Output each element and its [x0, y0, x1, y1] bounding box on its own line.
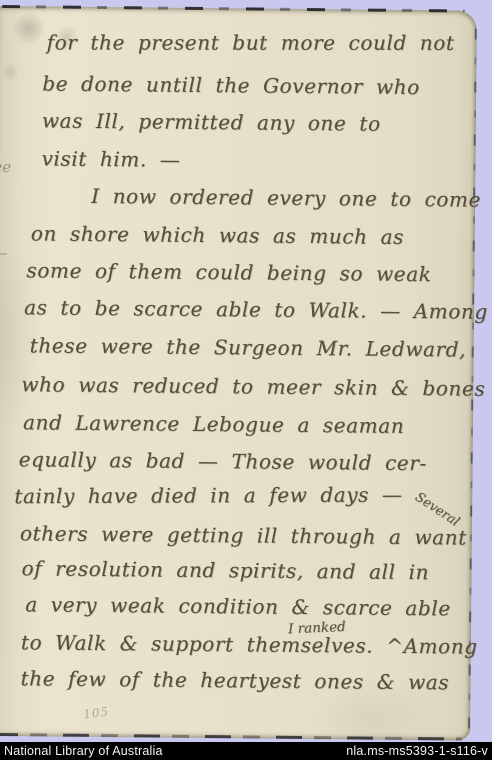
ink-bleed-mark: ee	[0, 158, 11, 176]
manuscript-line: equally as bad — Those would cer-	[19, 446, 427, 476]
manuscript-line: on shore which was as much as	[31, 220, 404, 250]
manuscript-line: visit him. —	[41, 145, 180, 172]
reference-id-label: nla.ms-ms5393-1-s116-v	[346, 744, 488, 758]
manuscript-page: for the present but more could not be do…	[0, 6, 477, 741]
manuscript-line: and Lawrence Lebogue a seaman	[23, 409, 405, 439]
manuscript-line: the few of the heartyest ones & was	[20, 665, 449, 695]
manuscript-line: as to be scarce able to Walk. — Among	[24, 294, 488, 324]
manuscript-line: I now ordered every one to come	[91, 183, 481, 213]
manuscript-line: some of them could being so weak	[26, 257, 431, 287]
manuscript-line: for the present but more could not	[47, 29, 455, 55]
manuscript-line: was Ill, permitted any one to	[42, 107, 381, 136]
torn-edge-top	[2, 5, 465, 12]
manuscript-line: others were getting ill through a want	[20, 520, 467, 550]
folio-number: 105	[82, 704, 110, 721]
ink-bleed-mark: —	[0, 244, 8, 262]
manuscript-line: be done untill the Governor who	[42, 70, 420, 100]
scanned-manuscript-view: for the present but more could not be do…	[0, 0, 492, 760]
caption-bar: National Library of Australia nla.ms-ms5…	[0, 742, 492, 760]
library-name-label: National Library of Australia	[4, 744, 163, 758]
manuscript-line: of resolution and spirits, and all in	[21, 555, 429, 585]
manuscript-line: these were the Surgeon Mr. Ledward,	[30, 332, 467, 362]
inserted-word: I ranked	[288, 619, 346, 637]
manuscript-line: to Walk & support themselves. ^Among	[21, 629, 478, 659]
manuscript-line: a very weak condition & scarce able	[25, 591, 451, 621]
manuscript-line: who was reduced to meer skin & bones	[21, 371, 485, 401]
torn-edge-bottom	[0, 733, 462, 741]
manuscript-line: tainly have died in a few days —	[14, 481, 402, 509]
